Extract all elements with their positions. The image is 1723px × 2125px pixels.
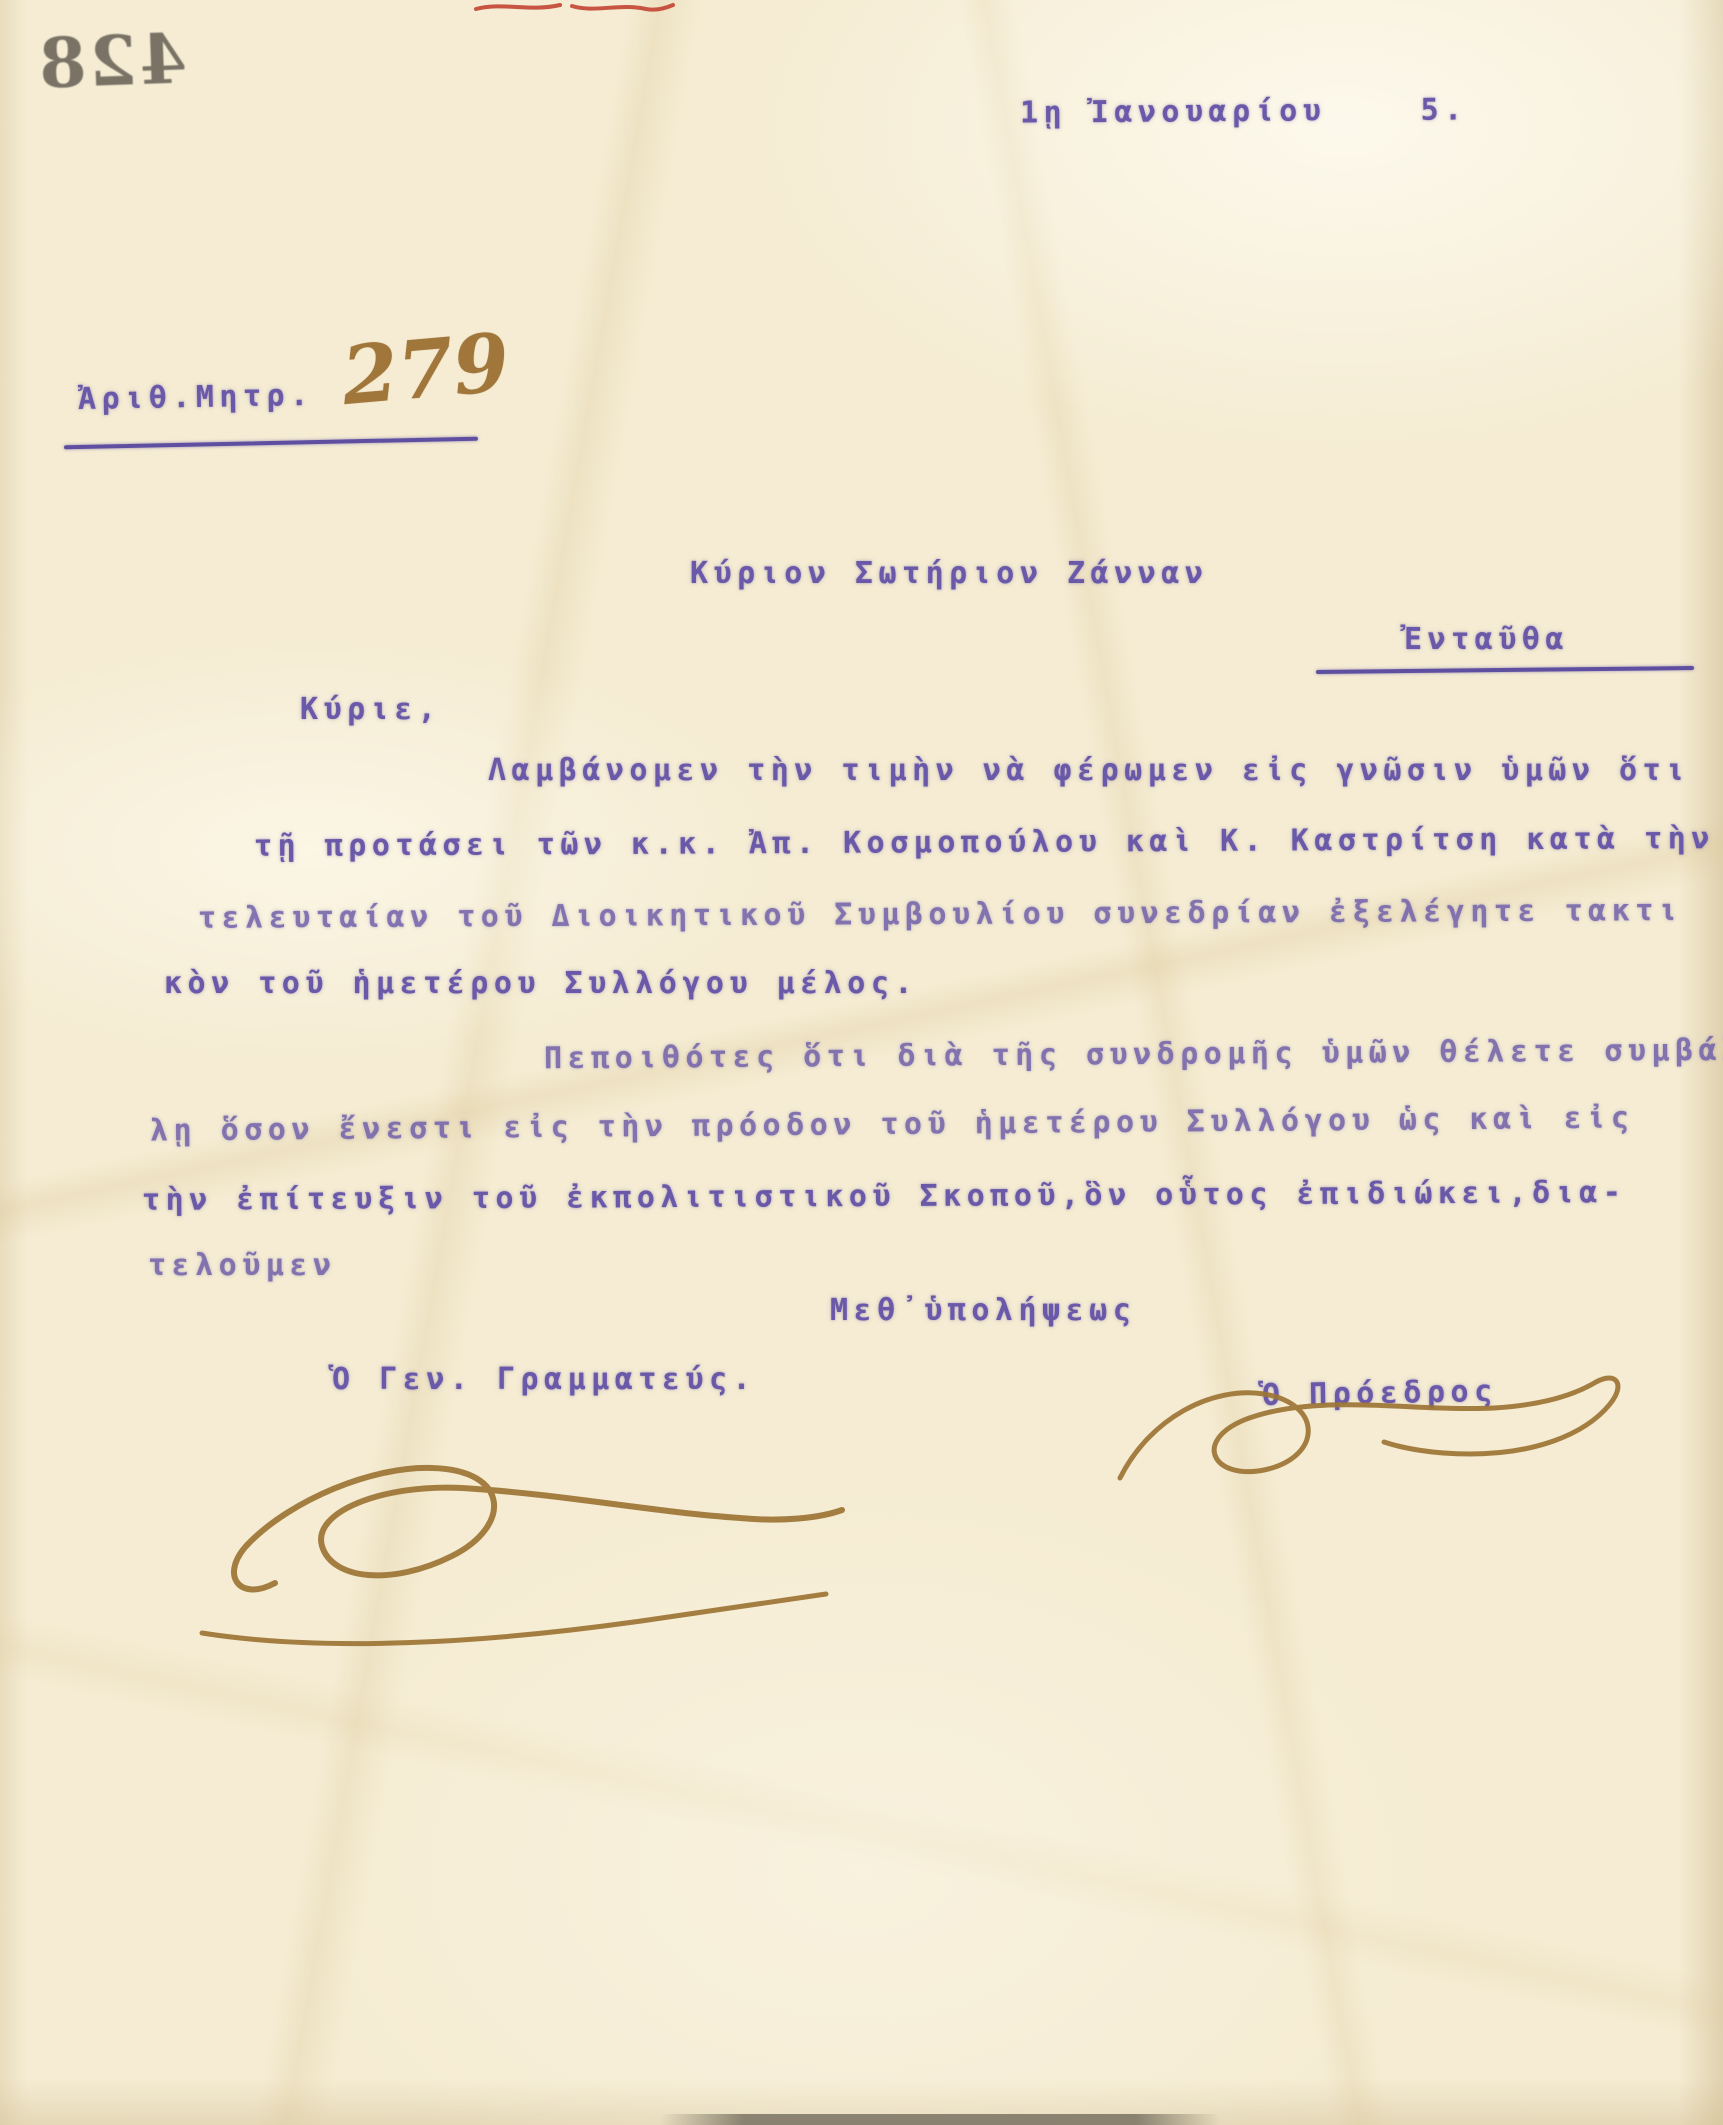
secretary-title: Ὁ Γεν. Γραμματεύς. xyxy=(332,1362,756,1397)
body-line: τελευταίαν τοῦ Διοικητικοῦ Συμβουλίου συ… xyxy=(198,893,1683,936)
body-line: τελοῦμεν xyxy=(148,1248,337,1283)
body-line: Πεποιθότες ὅτι διὰ τῆς συνδρομῆς ὑμῶν θέ… xyxy=(544,1033,1723,1076)
closing-formula: Μεθ᾽ὑπολήψεως xyxy=(830,1293,1136,1328)
registry-number-handwritten: 279 xyxy=(338,315,513,423)
red-ink-marks xyxy=(468,0,678,18)
recipient-name: Κύριον Σωτήριον Ζάνναν xyxy=(690,556,1208,591)
body-line: Λαμβάνομεν τὴν τιμὴν νὰ φέρωμεν εἰς γνῶσ… xyxy=(488,753,1690,788)
body-line: τῇ προτάσει τῶν κ.κ. Ἀπ. Κοσμοπούλου καὶ… xyxy=(254,821,1715,864)
secretary-signature xyxy=(180,1408,860,1658)
body-line: κὸν τοῦ ἡμετέρου Συλλόγου μέλος. xyxy=(164,966,918,1001)
recipient-location: Ἐνταῦθα xyxy=(1404,622,1569,657)
registry-underline xyxy=(64,437,478,450)
location-underline xyxy=(1316,666,1694,674)
date-line: 1ῃ Ἰανουαρίου 5. xyxy=(1020,92,1468,130)
registry-label: Ἀριθ.Μητρ. xyxy=(78,378,314,417)
president-signature xyxy=(1092,1356,1652,1526)
body-line: λῃ ὅσον ἔνεστι εἰς τὴν πρόοδον τοῦ ἡμετέ… xyxy=(150,1101,1635,1149)
letter-scan-page: 428 1ῃ Ἰανουαρίου 5. Ἀριθ.Μητρ. 279 Κύρι… xyxy=(0,0,1723,2125)
scan-edge-shadow xyxy=(660,2114,1220,2125)
salutation: Κύριε, xyxy=(300,692,441,727)
archive-number-mirrored: 428 xyxy=(35,19,189,104)
body-line: τὴν ἐπίτευξιν τοῦ ἐκπολιτιστικοῦ Σκοποῦ,… xyxy=(142,1175,1627,1218)
